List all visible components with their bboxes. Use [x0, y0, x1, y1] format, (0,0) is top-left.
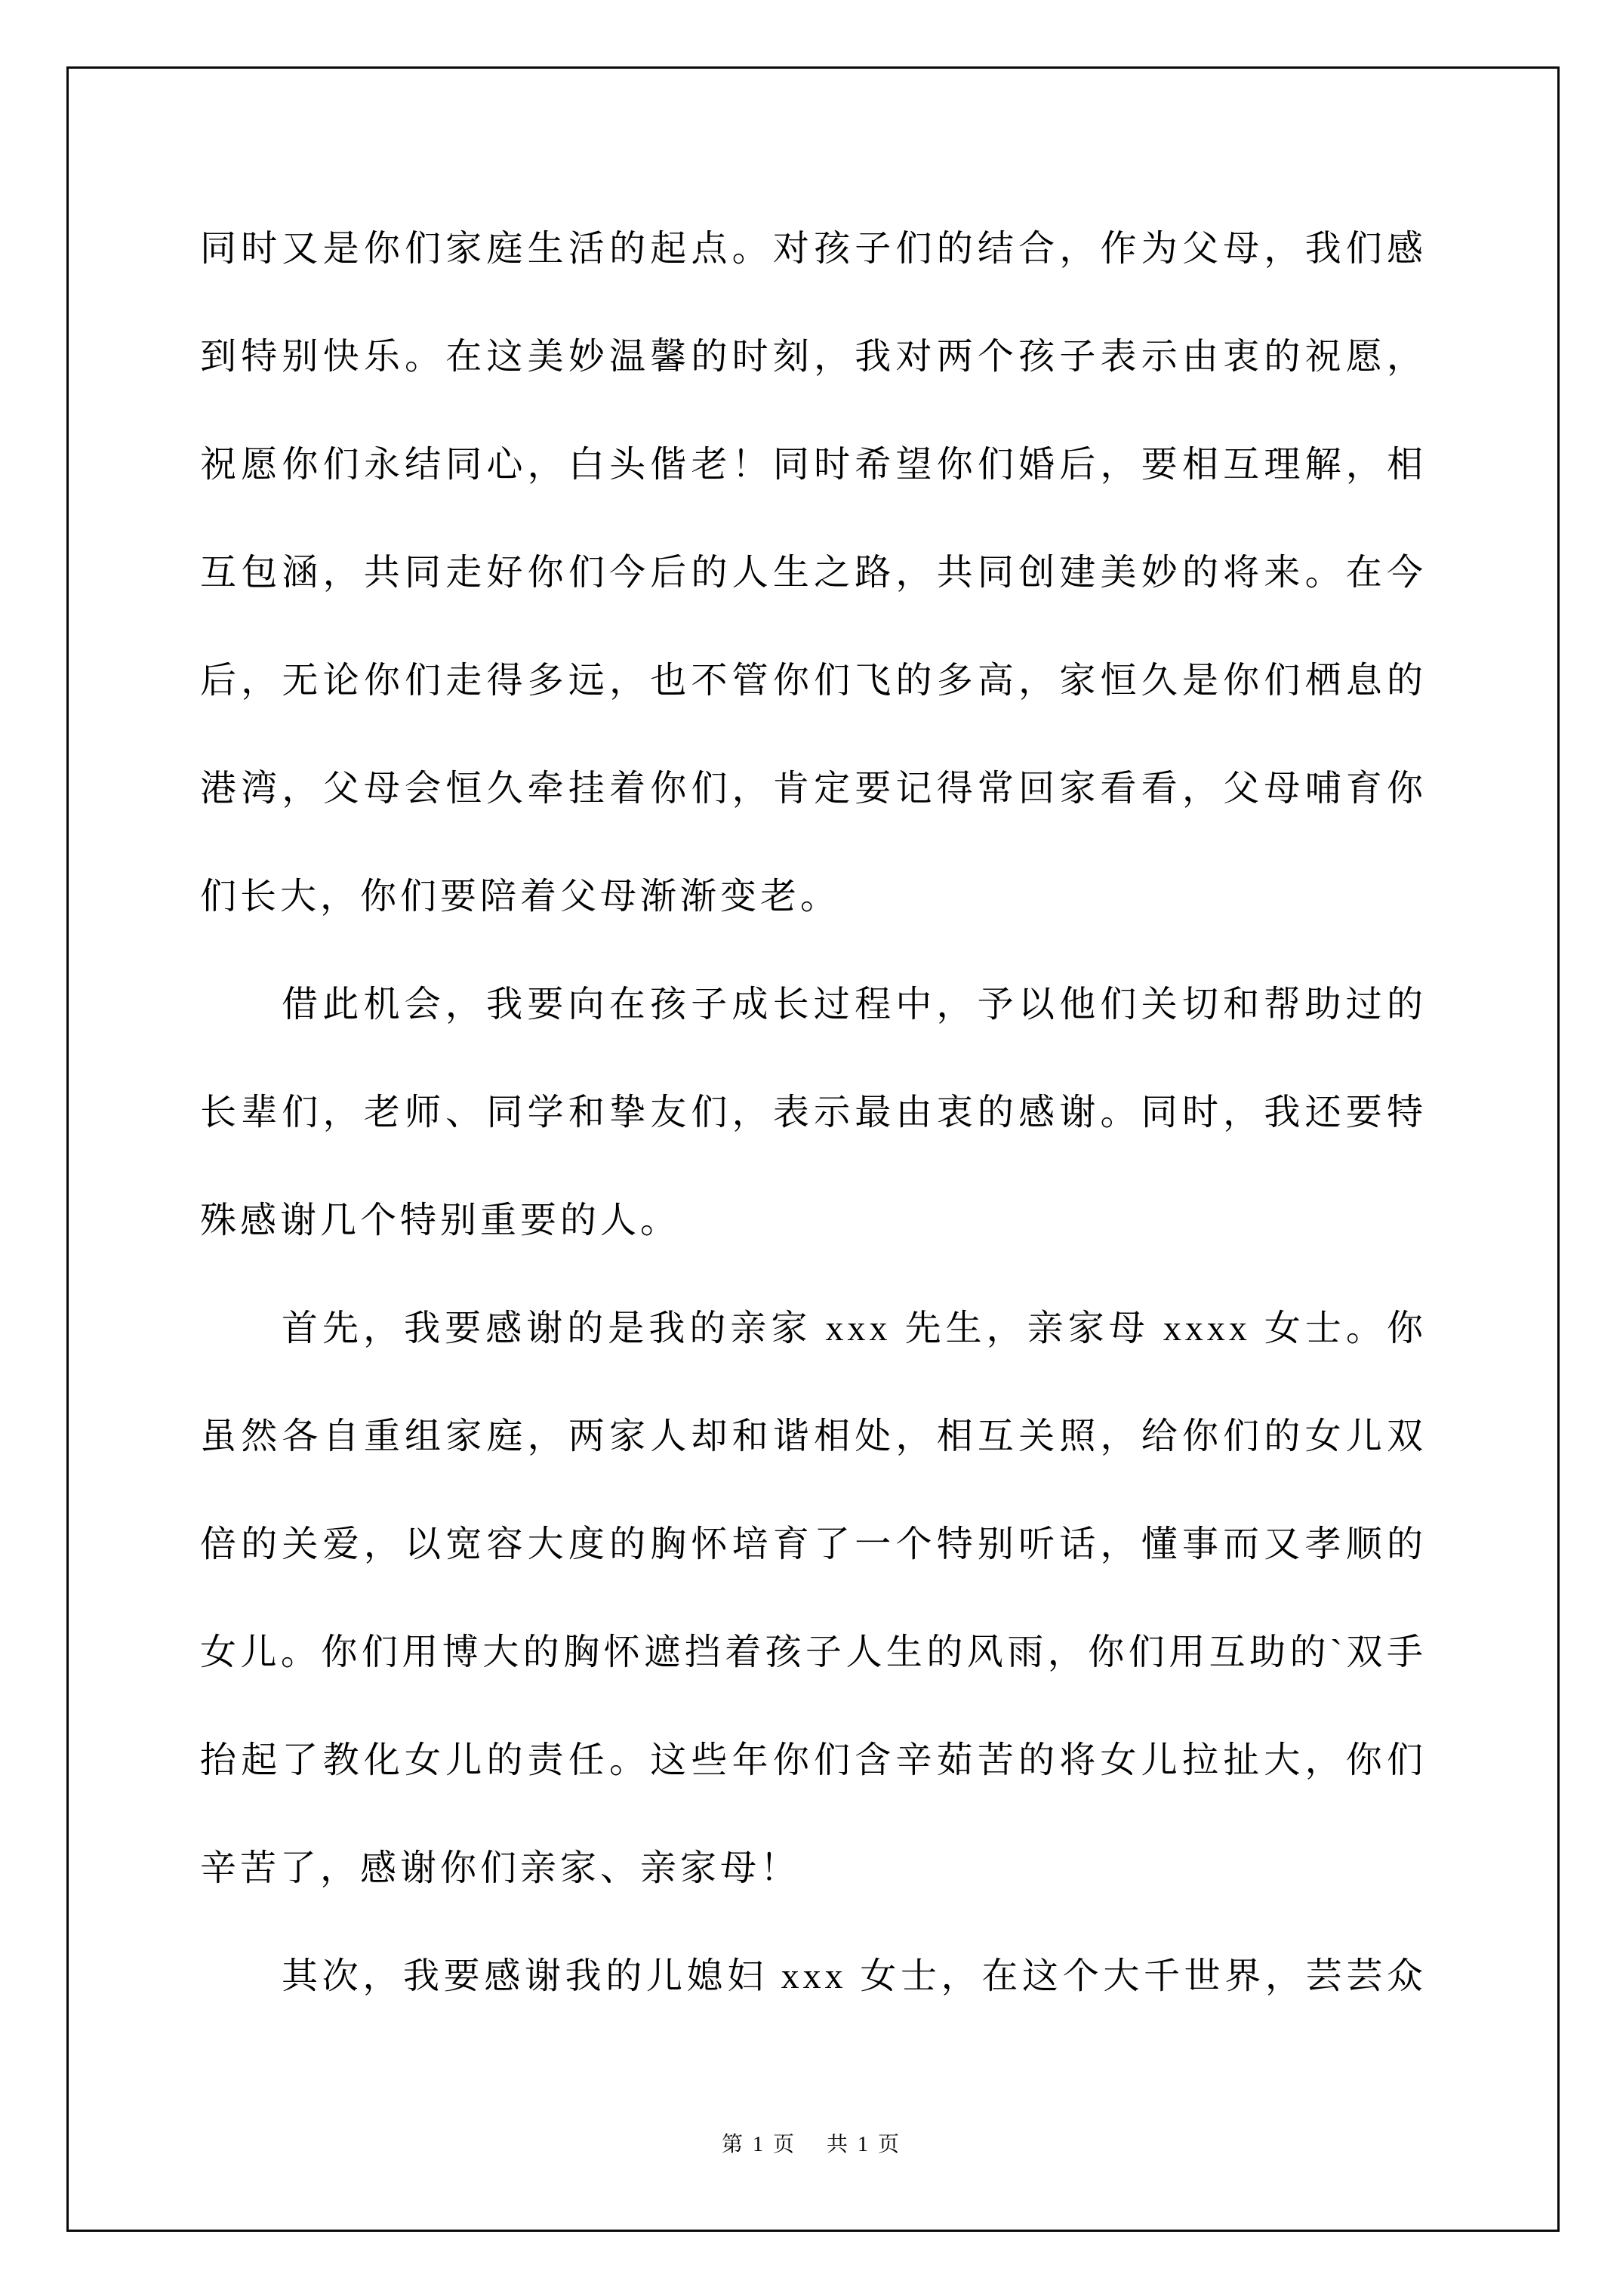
- text-line: 辛苦了，感谢你们亲家、亲家母！: [200, 1814, 1427, 1922]
- document-page: { "document": { "lines": [ { "text": "同时…: [0, 0, 1623, 2296]
- text-line: 殊感谢几个特别重要的人。: [200, 1166, 1427, 1274]
- text-line: 们长大，你们要陪着父母渐渐变老。: [200, 843, 1427, 951]
- text-line: 首先，我要感谢的是我的亲家 xxx 先生，亲家母 xxxx 女士。你们: [200, 1274, 1427, 1382]
- text-line: 抬起了教化女儿的责任。这些年你们含辛茹苦的将女儿拉扯大，你们: [200, 1706, 1427, 1814]
- text-line: 祝愿你们永结同心，白头偕老！同时希望你们婚后，要相互理解，相: [200, 411, 1427, 519]
- page-footer: 第 1 页共 1 页: [0, 2128, 1623, 2158]
- text-line: 借此机会，我要向在孩子成长过程中，予以他们关切和帮助过的: [200, 951, 1427, 1059]
- page-number-current: 第 1 页: [722, 2133, 796, 2156]
- text-line: 互包涵，共同走好你们今后的人生之路，共同创建美妙的将来。在今: [200, 519, 1427, 627]
- text-line: 女儿。你们用博大的胸怀遮挡着孩子人生的风雨，你们用互助的`双手: [200, 1598, 1427, 1706]
- text-line: 虽然各自重组家庭，两家人却和谐相处，相互关照，给你们的女儿双: [200, 1382, 1427, 1490]
- page-number-total: 共 1 页: [827, 2133, 901, 2156]
- text-line: 到特别快乐。在这美妙温馨的时刻，我对两个孩子表示由衷的祝愿，: [200, 303, 1427, 411]
- text-line: 倍的关爱，以宽容大度的胸怀培育了一个特别听话，懂事而又孝顺的: [200, 1490, 1427, 1598]
- text-line: 后，无论你们走得多远，也不管你们飞的多高，家恒久是你们栖息的: [200, 627, 1427, 735]
- text-line: 港湾，父母会恒久牵挂着你们，肯定要记得常回家看看，父母哺育你: [200, 735, 1427, 843]
- text-line: 同时又是你们家庭生活的起点。对孩子们的结合，作为父母，我们感: [200, 195, 1427, 303]
- text-line: 其次，我要感谢我的儿媳妇 xxx 女士，在这个大千世界，芸芸众: [200, 1922, 1427, 2030]
- document-body: 同时又是你们家庭生活的起点。对孩子们的结合，作为父母，我们感到特别快乐。在这美妙…: [200, 195, 1427, 2030]
- text-line: 长辈们，老师、同学和挚友们，表示最由衷的感谢。同时，我还要特: [200, 1059, 1427, 1166]
